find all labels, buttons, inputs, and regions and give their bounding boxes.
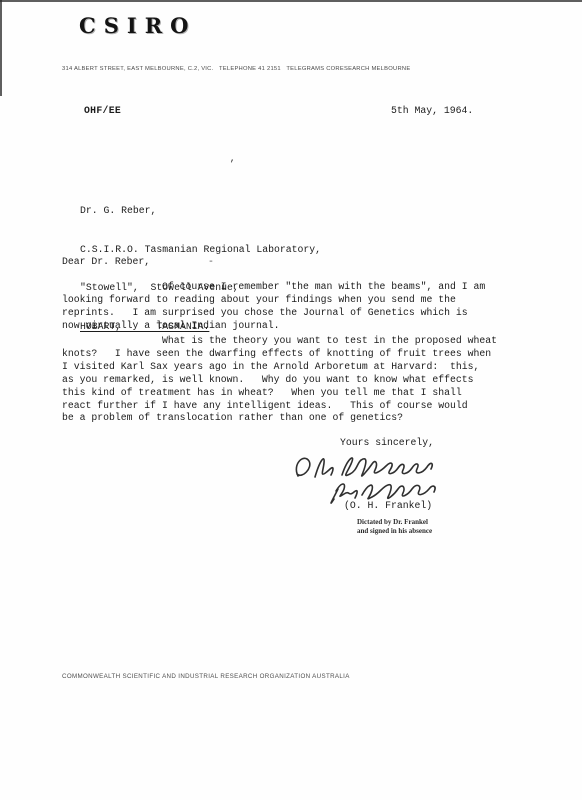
scan-edge-left [0, 0, 2, 96]
letter-page: CSIRO 314 ALBERT STREET, EAST MELBOURNE,… [0, 0, 582, 800]
body-paragraph-1: Of course I remember "the man with the b… [62, 281, 485, 333]
salutation: Dear Dr. Reber, [62, 256, 150, 269]
typed-sender-name: (O. H. Frankel) [344, 500, 432, 513]
letterhead-address: 314 ALBERT STREET, EAST MELBOURNE, C.2, … [62, 66, 482, 72]
recipient-name: Dr. G. Reber, [80, 205, 321, 218]
footer-organization: COMMONWEALTH SCIENTIFIC AND INDUSTRIAL R… [62, 673, 350, 680]
body-paragraph-2: What is the theory you want to test in t… [62, 335, 497, 425]
recipient-org: C.S.I.R.O. Tasmanian Regional Laboratory… [80, 244, 321, 257]
letter-date: 5th May, 1964. [391, 105, 473, 118]
scan-edge-top [0, 0, 582, 2]
scan-stray-mark: ’ [229, 160, 235, 171]
dictation-note: Dictated by Dr. Frankel and signed in hi… [357, 518, 432, 535]
scan-stray-dash: - [208, 256, 214, 267]
reference-code: OHF/EE [84, 105, 121, 118]
csiro-logo: CSIRO [79, 13, 196, 38]
